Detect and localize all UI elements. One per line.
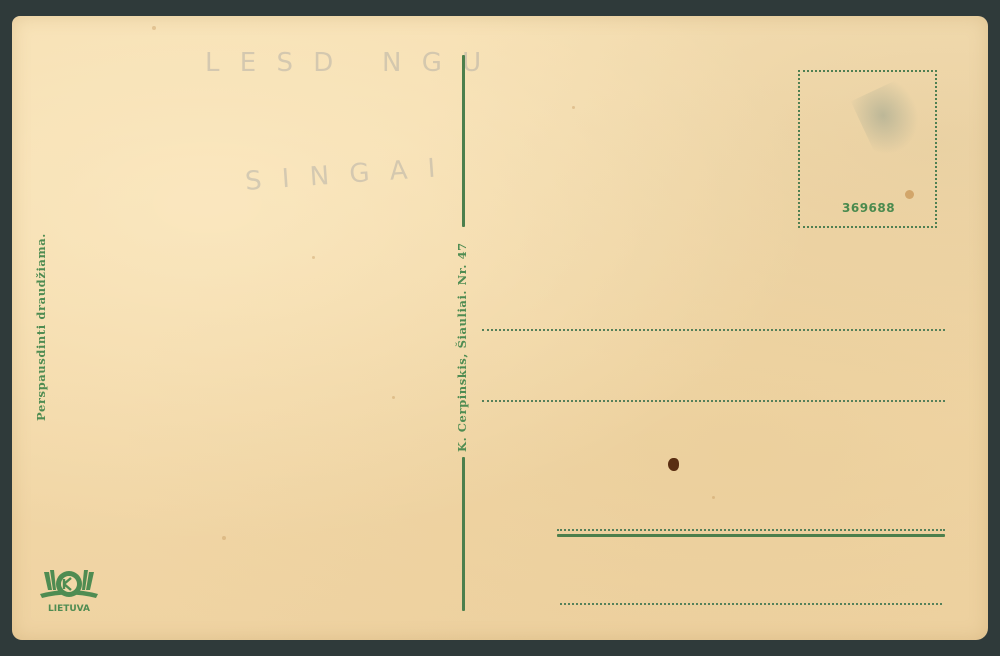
- lietuva-emblem-icon: LIETUVA: [38, 564, 100, 614]
- center-divider-bottom: [462, 457, 465, 611]
- address-underline: [557, 534, 945, 537]
- serial-number: 369688: [842, 201, 895, 215]
- paper-speck: [572, 106, 575, 109]
- paper-speck: [312, 256, 315, 259]
- address-line-2: [482, 400, 945, 402]
- paper-speck: [712, 496, 715, 499]
- pencil-marks: L E S D N G U: [205, 48, 487, 78]
- svg-text:LIETUVA: LIETUVA: [48, 604, 90, 614]
- ink-spot: [668, 458, 679, 471]
- reprint-prohibited-note: Perspausdinti draudžiama.: [34, 233, 48, 421]
- publisher-imprint: K. Cerpinskis, Šiauliai. Nr. 47: [455, 242, 469, 452]
- address-line-3: [557, 529, 945, 531]
- paper-speck: [222, 536, 226, 540]
- paper-speck: [392, 396, 395, 399]
- address-line-1: [482, 329, 945, 331]
- address-line-4: [560, 603, 942, 605]
- paper-speck: [152, 26, 156, 30]
- center-divider-top: [462, 55, 465, 227]
- stain: [905, 190, 914, 199]
